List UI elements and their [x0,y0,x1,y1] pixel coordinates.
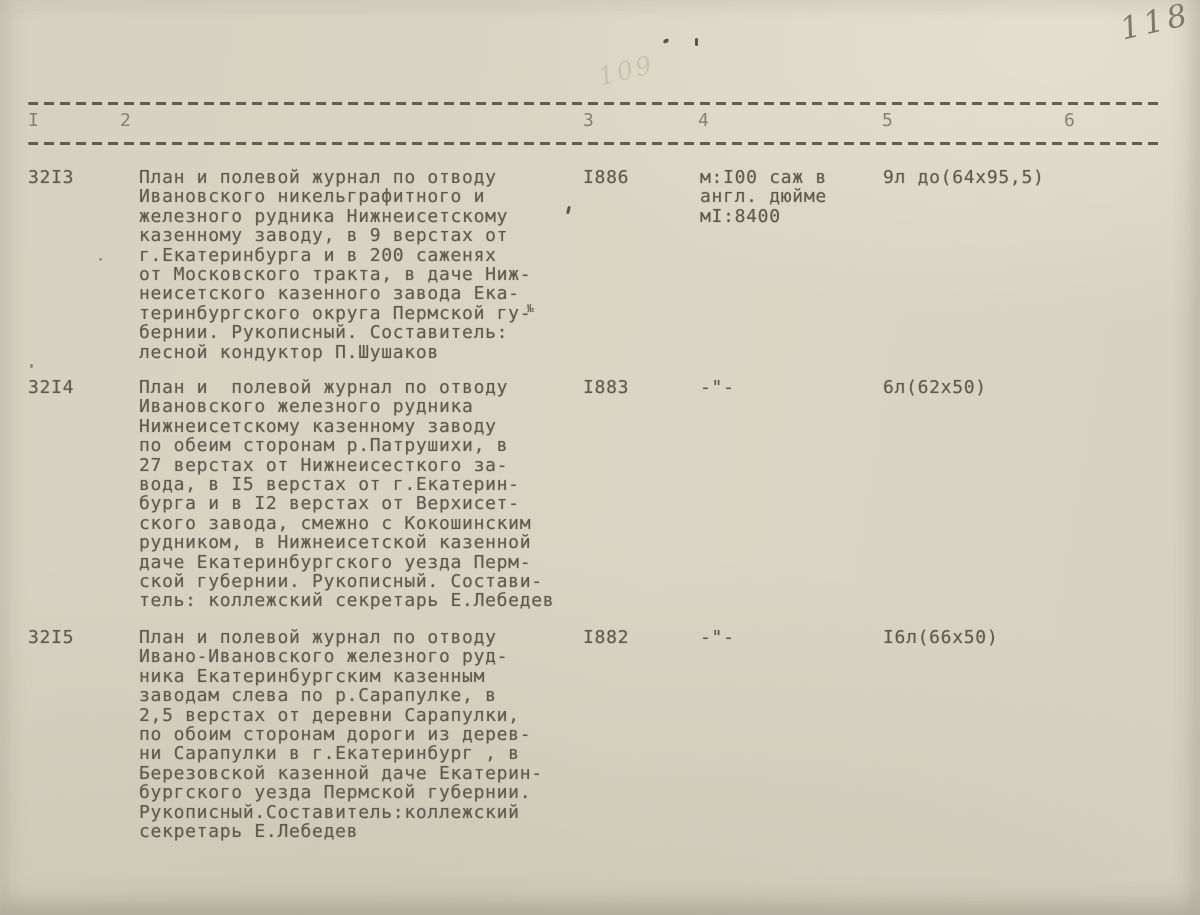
description-line: по обеим сторонам р.Патрушихи, в [139,436,579,455]
description-line: неисетского казенного завода Ека- [139,284,579,303]
description-line: бургского уезда Пермской губернии. [139,783,579,802]
description-line: Ивановского никельграфитного и [139,187,579,206]
description-line: ского завода, смежно с Кокошинским [139,514,579,533]
document-page: 118 109 I 2 3 4 5 6 32I3 План и полевой … [0,0,1200,915]
entry-scale: -"- [700,628,890,647]
description-line: г.Екатеринбурга и в 200 саженях [139,246,579,265]
description-line: железного рудника Нижнеисетскому [139,207,579,226]
description-line: даче Екатеринбургского уезда Перм- [139,553,579,572]
entry-sheets: I6л(66х50) [883,628,1143,647]
description-line: лесной кондуктор П.Шушаков [139,343,579,362]
entry-scale: м:I00 саж в англ. дюйме мI:8400 [700,168,890,226]
column-header-6: 6 [1064,111,1076,131]
description-line: ской губернии. Рукописный. Состави- [139,572,579,591]
typed-overstrike-mark: № [526,302,534,316]
description-line: теринбургского округа Пермской гу- [139,304,579,323]
column-header-4: 4 [698,111,710,131]
description-line: от Московского тракта, в даче Ниж- [139,265,579,284]
description-line: секретарь Е.Лебедев [139,822,579,841]
description-line: Рукописный.Составитель:коллежский [139,803,579,822]
entry-number: 32I5 [28,628,74,647]
erased-page-number: 109 [595,50,657,92]
handwritten-page-number: 118 [1117,0,1194,48]
description-line: Ивано-Ивановского железного руд- [139,647,579,666]
description-line: заводам слева по р.Сарапулке, в [139,686,579,705]
entry-number: 32I3 [28,168,74,187]
ink-speck [662,38,669,44]
entry-description: План и полевой журнал по отводу Ивановск… [139,168,579,362]
ditto-mark: -"- [700,378,890,397]
description-line: по обоим сторонам дороги из дерев- [139,725,579,744]
scale-line: м:I00 саж в [700,168,890,187]
scale-line: мI:8400 [700,207,890,226]
entry-sheets: 9л до(64х95,5) [883,168,1143,187]
column-header-5: 5 [882,111,894,131]
ink-speck [99,258,102,261]
entry-number: 32I4 [28,378,74,397]
description-line: ника Екатеринбургским казенным [139,667,579,686]
description-line: тель: коллежский секретарь Е.Лебедев [139,591,579,610]
table-border-bottom [28,142,1164,145]
column-header-3: 3 [583,111,595,131]
description-line: бурга и в I2 верстах от Верхисет- [139,494,579,513]
ditto-mark: -"- [700,628,890,647]
column-header-2: 2 [120,111,132,131]
entry-year: I886 [583,168,629,187]
entry-year: I882 [583,628,629,647]
entry-scale: -"- [700,378,890,397]
description-line: Березовской казенной даче Екатерин- [139,764,579,783]
column-header-1: I [28,111,40,131]
description-line: рудником, в Нижнеисетской казенной [139,533,579,552]
description-line: План и полевой журнал по отводу [139,168,579,187]
description-line: План и полевой журнал по отводу [139,378,579,397]
description-line: Нижнеисетскому казенному заводу [139,417,579,436]
description-line: бернии. Рукописный. Составитель: [139,323,579,342]
description-line: казенному заводу, в 9 верстах от [139,226,579,245]
description-line: План и полевой журнал по отводу [139,628,579,647]
ink-speck [30,364,33,368]
description-line: ни Сарапулки в г.Екатеринбург , в [139,744,579,763]
entry-sheets: 6л(62х50) [883,378,1143,397]
description-line: 27 верстах от Нижнеисесткого за- [139,456,579,475]
description-line: 2,5 верстах от деревни Сарапулки, [139,706,579,725]
description-line: вода, в I5 верстах от г.Екатерин- [139,475,579,494]
table-border-top [28,102,1164,105]
description-line: Ивановского железного рудника [139,397,579,416]
ink-speck [695,38,698,46]
scale-line: англ. дюйме [700,187,890,206]
entry-description: План и полевой журнал по отводу Ивановск… [139,378,579,611]
entry-year: I883 [583,378,629,397]
entry-description: План и полевой журнал по отводу Ивано-Ив… [139,628,579,841]
